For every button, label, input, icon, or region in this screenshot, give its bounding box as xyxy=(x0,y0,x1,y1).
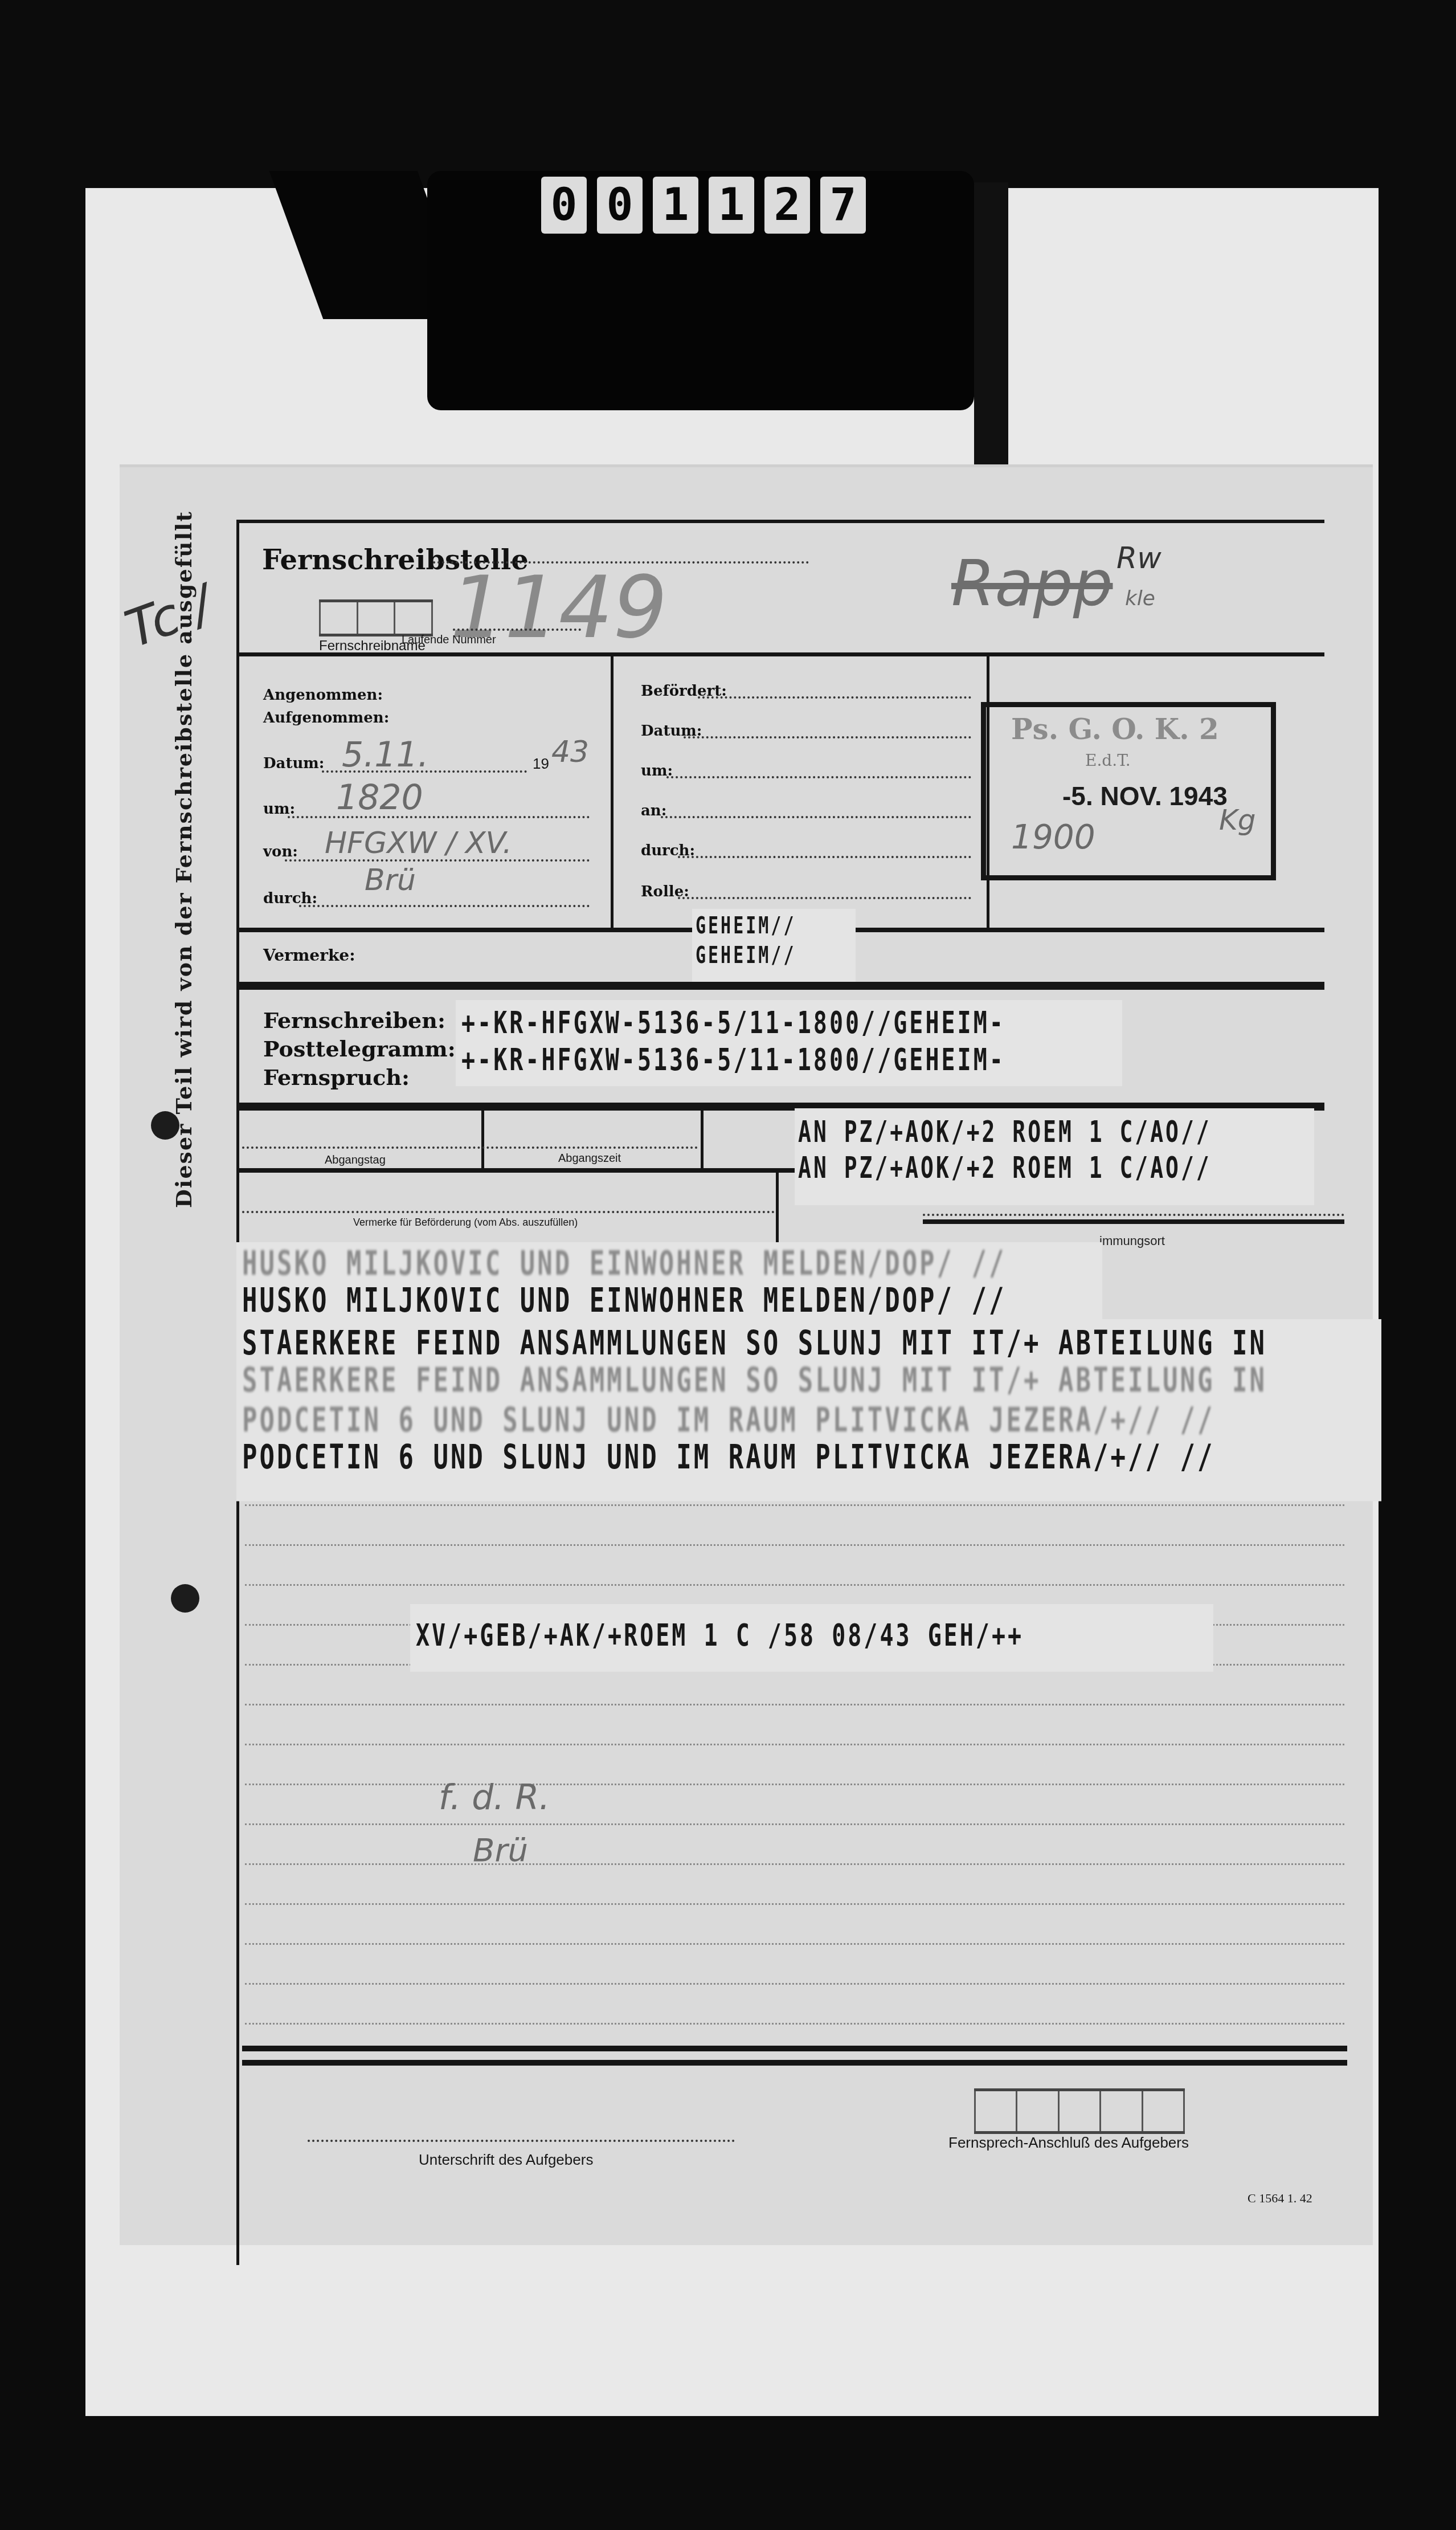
header-tape-line: +-KR-HFGXW-5136-5/11-1800//GEHEIM- xyxy=(461,1005,1116,1042)
handwritten-kle: kle xyxy=(1125,587,1155,610)
message-ghost-line: PODCETIN 6 UND SLUNJ UND IM RAUM PLITVIC… xyxy=(242,1402,1376,1439)
address-tape-line: AN PZ/+AOK/+2 ROEM 1 C/AO// xyxy=(798,1115,1311,1150)
header-divider xyxy=(236,652,1324,656)
stamp-line1: Ps. G. O. K. 2 xyxy=(1011,712,1219,746)
handwritten-fdr: f. d. R. xyxy=(439,1778,550,1818)
fernsprech-label: Fernsprech-Anschluß des Aufgebers xyxy=(948,2134,1189,2152)
counter-digit: 0 xyxy=(597,177,643,234)
ruled-line xyxy=(245,1943,1344,1945)
signature-tape-strip: XV/+GEB/+AK/+ROEM 1 C /58 08/43 GEH/++ xyxy=(410,1604,1213,1672)
header-tape-strip: +-KR-HFGXW-5136-5/11-1800//GEHEIM- +-KR-… xyxy=(456,1000,1122,1086)
forward-um-line xyxy=(666,776,971,778)
bestimmungsort-label: immungsort xyxy=(1099,1234,1165,1248)
fernsprech-boxes xyxy=(974,2088,1185,2134)
ruled-line xyxy=(245,1903,1344,1905)
ruled-line xyxy=(245,1744,1344,1745)
message-tape-strip: PODCETIN 6 UND SLUNJ UND IM RAUM PLITVIC… xyxy=(236,1399,1381,1501)
frame-counter: 0 0 1 1 2 7 xyxy=(541,177,866,234)
counter-digit: 7 xyxy=(820,177,866,234)
dispatch-divider xyxy=(481,1108,484,1171)
counter-digit: 1 xyxy=(709,177,754,234)
forward-an-line xyxy=(661,816,971,818)
address-tape-line: AN PZ/+AOK/+2 ROEM 1 C/AO// xyxy=(798,1150,1311,1185)
befoerderung-label: Vermerke für Beförderung (vom Abs. auszu… xyxy=(353,1217,578,1229)
abgangstag-label: Abgangstag xyxy=(325,1154,386,1167)
handwritten-rapp: Rapp xyxy=(951,547,1113,620)
form-top-border xyxy=(236,520,1324,523)
counter-digit: 1 xyxy=(653,177,698,234)
vermerke-strip: GEHEIM// GEHEIM// xyxy=(692,909,856,983)
ruled-line xyxy=(245,1823,1344,1825)
forward-datum-line xyxy=(684,736,971,738)
ruled-line xyxy=(245,1983,1344,1985)
um-label: um: xyxy=(263,801,295,818)
durch-value: Brü xyxy=(365,863,416,897)
footer-double-line xyxy=(242,2060,1347,2066)
counter-digit: 0 xyxy=(541,177,587,234)
footer-double-line xyxy=(242,2046,1347,2051)
forward-durch-line xyxy=(678,856,971,858)
durch-line xyxy=(299,905,590,907)
address-tape-strip: AN PZ/+AOK/+2 ROEM 1 C/AO// AN PZ/+AOK/+… xyxy=(795,1108,1314,1205)
header-tape-line: +-KR-HFGXW-5136-5/11-1800//GEHEIM- xyxy=(461,1042,1116,1079)
ruled-line xyxy=(245,2023,1344,2025)
stamp-handwritten-initials: Kg xyxy=(1219,803,1256,836)
ruled-line xyxy=(245,1544,1344,1546)
vermerke-label: Vermerke: xyxy=(263,946,355,965)
dispatch-middle-border xyxy=(236,1168,806,1173)
signature-tape-line: XV/+GEB/+AK/+ROEM 1 C /58 08/43 GEH/++ xyxy=(416,1618,1208,1653)
handwritten-signature: Brü xyxy=(473,1832,528,1869)
ruled-line xyxy=(245,1504,1344,1506)
counter-side-bar xyxy=(974,182,1008,490)
ruled-line xyxy=(245,1784,1344,1785)
dispatch-dotted-line xyxy=(242,1146,698,1149)
laufende-nummer-line xyxy=(453,629,581,631)
von-label: von: xyxy=(263,843,298,860)
um-line xyxy=(288,816,590,818)
counter-digit: 2 xyxy=(764,177,810,234)
bestimmungsort-border xyxy=(923,1219,1344,1224)
year-prefix: 19 xyxy=(533,755,549,773)
ruled-line xyxy=(245,1584,1344,1586)
forward-rolle-line xyxy=(678,897,971,899)
aufgenommen-label: Aufgenommen: xyxy=(263,709,389,727)
vermerke-strip-line: GEHEIM// xyxy=(696,941,852,970)
abgangszeit-label: Abgangszeit xyxy=(558,1152,621,1165)
stamp-handwritten-time: 1900 xyxy=(1011,818,1095,856)
stamp-line2: E.d.T. xyxy=(1085,751,1131,770)
form-code: C 1564 1. 42 xyxy=(1248,2191,1312,2206)
dispatch-divider xyxy=(701,1108,704,1171)
unterschrift-label: Unterschrift des Aufgebers xyxy=(419,2151,593,2169)
befoerderung-dotted-line xyxy=(242,1211,775,1213)
laufende-nummer-label: Laufende Nummer xyxy=(402,634,496,647)
message-ghost-line: STAERKERE FEIND ANSAMMLUNGEN SO SLUNJ MI… xyxy=(242,1362,1376,1399)
punch-hole xyxy=(171,1584,199,1613)
message-line: STAERKERE FEIND ANSAMMLUNGEN SO SLUNJ MI… xyxy=(242,1325,1376,1362)
datum-value: 5.11. xyxy=(342,735,429,775)
vermerke-bottom-border xyxy=(236,982,1324,990)
ruled-line xyxy=(245,1704,1344,1705)
stamp-date: -5. NOV. 1943 xyxy=(1062,781,1228,811)
year-value: 43 xyxy=(551,735,589,769)
fernschreibname-boxes xyxy=(319,599,433,636)
message-ghost-line: HUSKO MILJKOVIC UND EINWOHNER MELDEN/DOP… xyxy=(242,1245,1097,1282)
ruled-line xyxy=(245,1863,1344,1865)
message-line: PODCETIN 6 UND SLUNJ UND IM RAUM PLITVIC… xyxy=(242,1439,1376,1476)
datum-label: Datum: xyxy=(263,755,324,772)
von-value: HFGXW / XV. xyxy=(325,826,512,860)
message-line: HUSKO MILJKOVIC UND EINWOHNER MELDEN/DOP… xyxy=(242,1282,1097,1319)
posttelegramm-label: Posttelegramm: xyxy=(263,1036,456,1062)
handwritten-initials: Rw xyxy=(1116,541,1161,576)
befoerdert-line xyxy=(698,696,971,699)
fernschreiben-label: Fernschreiben: xyxy=(263,1007,445,1033)
fernspruch-label: Fernspruch: xyxy=(263,1064,410,1090)
vertical-note: Dieser Teil wird von der Fernschreibstel… xyxy=(171,511,197,1208)
um-value: 1820 xyxy=(336,778,423,818)
column-divider xyxy=(611,655,614,929)
unterschrift-line xyxy=(308,2140,735,2142)
angenommen-label: Angenommen: xyxy=(263,687,383,704)
bestimmungsort-dotted-line xyxy=(923,1214,1344,1216)
vermerke-strip-line: GEHEIM// xyxy=(696,912,852,941)
